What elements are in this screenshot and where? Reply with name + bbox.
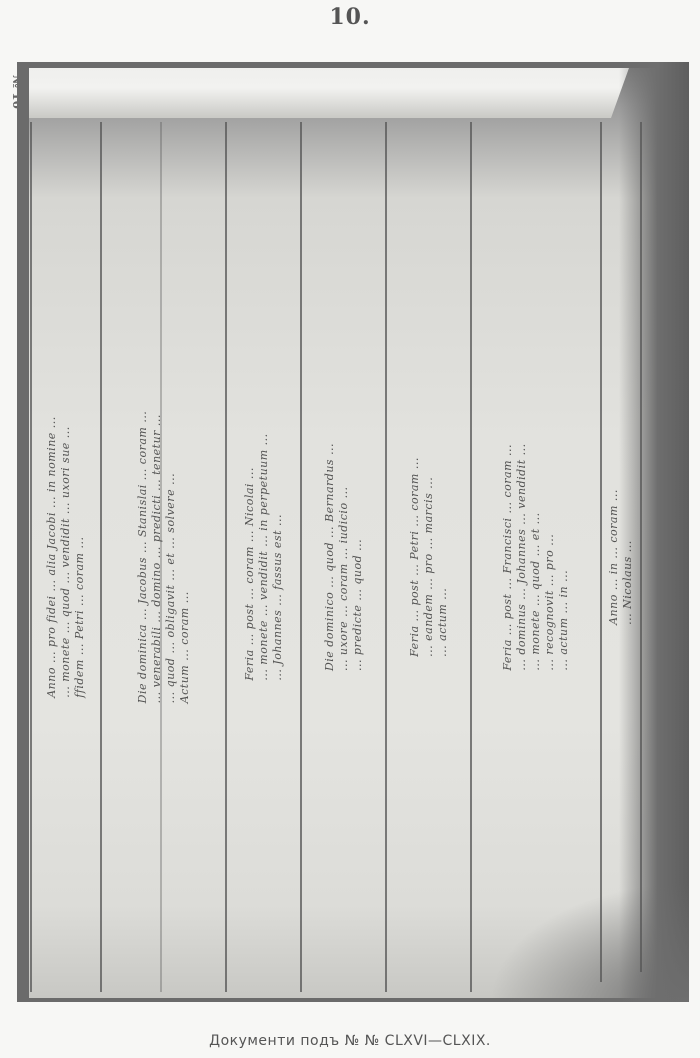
folded-top-edge	[29, 68, 629, 118]
manuscript-line: ... monete ... quod ... et ...	[529, 443, 543, 670]
manuscript-line: Feria ... post ... Petri ... coram ...	[408, 457, 422, 657]
manuscript-line: ... eandem ... pro ... marcis ...	[422, 457, 436, 657]
manuscript-line: ... actum ...	[436, 457, 450, 657]
manuscript-line: Die dominico ... quod ... Bernardus ...	[323, 443, 337, 671]
manuscript-line: Feria ... post ... Francisci ... coram .…	[501, 443, 515, 670]
manuscript-line: ... monete ... vendidit ... in perpetuum…	[257, 433, 271, 680]
manuscript-column-7: Anno ... in ... coram ... ... Nicolaus .…	[602, 132, 640, 982]
manuscript-line: ... actum ... in ...	[557, 443, 571, 670]
manuscript-line: Anno ... in ... coram ...	[607, 489, 621, 625]
manuscript-column-2: Die dominica ... Jacobus ... Stanislai .…	[102, 132, 225, 982]
manuscript-line: ... Nicolaus ...	[621, 489, 635, 625]
manuscript-line: ... monete ... quod ... vendidit ... uxo…	[59, 416, 73, 698]
manuscript-line: ... venerabili ... domino ... predicti .…	[150, 411, 164, 704]
manuscript-line: Actum ... coram ...	[178, 411, 192, 704]
manuscript-line: ... predicte ... quod ...	[351, 443, 365, 671]
page-number: 10.	[0, 4, 700, 30]
manuscript-line: ... recognovit ... pro ...	[543, 443, 557, 670]
manuscript-column-6: Feria ... post ... Francisci ... coram .…	[472, 132, 600, 982]
manuscript-line: ffidem ... Petri ... coram ...	[73, 416, 87, 698]
manuscript-line: Feria ... post ... coram ... Nicolai ...	[243, 433, 257, 680]
manuscript-column-4: Die dominico ... quod ... Bernardus ... …	[302, 132, 385, 982]
manuscript-line: ... dominus ... Johannes ... vendidit ..…	[515, 443, 529, 670]
manuscript-column-1: Anno ... pro fidei ... alia Jacobi ... i…	[32, 132, 100, 982]
manuscript-line: Die dominica ... Jacobus ... Stanislai .…	[136, 411, 150, 704]
manuscript-photo-plate: Anno ... pro fidei ... alia Jacobi ... i…	[17, 62, 689, 1002]
manuscript-line: ... Johannes ... fassus est ...	[271, 433, 285, 680]
manuscript-line: ... quod ... obligavit ... et ... solver…	[164, 411, 178, 704]
plate-caption: Документи подъ № № CLXVI—CLXIX.	[0, 1033, 700, 1049]
manuscript-line: Anno ... pro fidei ... alia Jacobi ... i…	[45, 416, 59, 698]
manuscript-column-3: Feria ... post ... coram ... Nicolai ...…	[227, 132, 300, 982]
column-rule	[640, 122, 642, 972]
manuscript-line: ... uxore ... coram ... iudicio ...	[337, 443, 351, 671]
manuscript-column-5: Feria ... post ... Petri ... coram ... .…	[387, 132, 470, 982]
